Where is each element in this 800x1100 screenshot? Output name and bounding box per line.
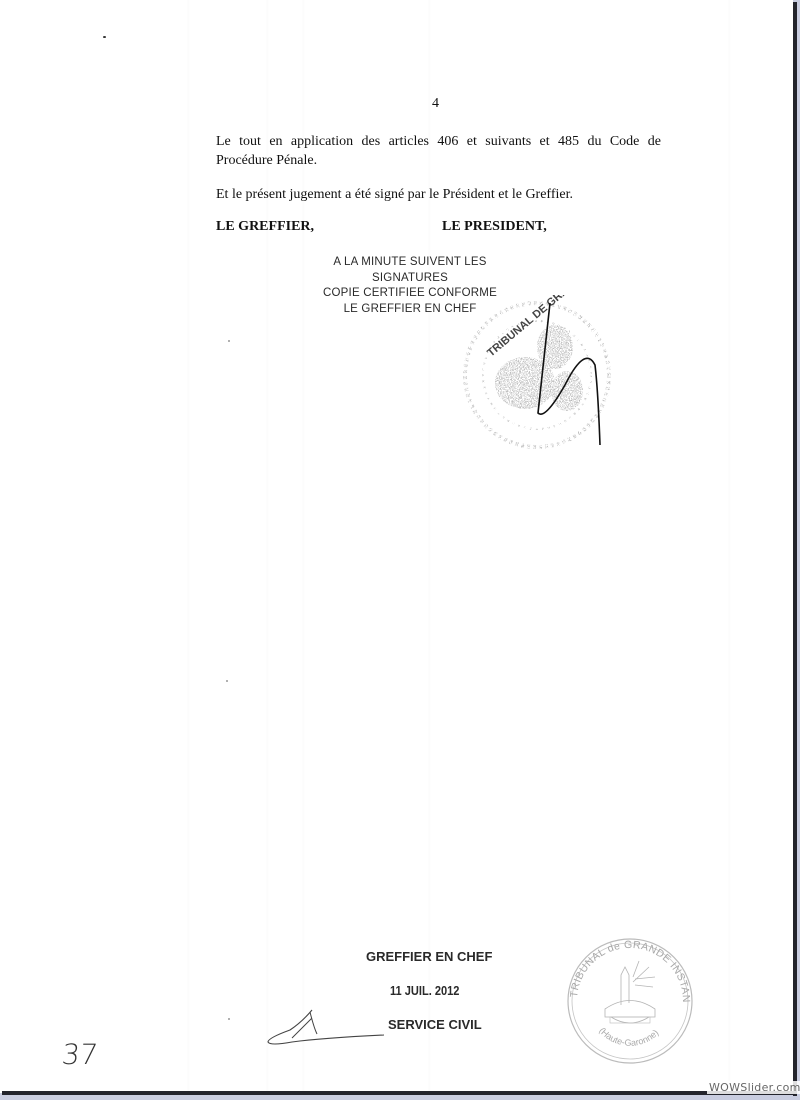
stamp-date: 11 JUIL. 2012 xyxy=(390,983,459,998)
paragraph-articles: Le tout en application des articles 406 … xyxy=(216,132,661,170)
stamp-line: SIGNATURES xyxy=(300,271,520,287)
paragraph-line: Procédure Pénale. xyxy=(216,153,317,168)
tribunal-toulouse-seal-icon: TRIBUNAL de GRANDE INSTANCE de TOULOUSE … xyxy=(563,937,697,1065)
seal-ring-text: TRIBUNAL de GRANDE INSTANCE de TOULOUSE xyxy=(563,937,692,1003)
page-shadow-right xyxy=(793,2,797,1096)
speck xyxy=(228,1018,230,1020)
speck xyxy=(228,340,230,342)
speck xyxy=(103,36,106,38)
court-seal-with-signature-icon: TRIBUNAL DE GRANDE INSTANCE xyxy=(455,295,625,455)
stamp-line: A LA MINUTE SUIVENT LES xyxy=(300,255,520,271)
service-civil-stamp: SERVICE CIVIL xyxy=(388,1017,482,1032)
greffier-en-chef-stamp: GREFFIER EN CHEF xyxy=(366,949,492,964)
paragraph-signature-statement: Et le présent jugement a été signé par l… xyxy=(216,185,661,204)
document-page: 4 Le tout en application des articles 40… xyxy=(0,0,793,1093)
paragraph-line: Le tout en application des articles 406 … xyxy=(216,132,661,151)
speck xyxy=(226,680,228,682)
page-shadow-bottom xyxy=(2,1091,797,1095)
page-number: 4 xyxy=(432,96,439,112)
seal-region-text: (Haute-Garonne) xyxy=(597,1026,660,1048)
svg-text:(Haute-Garonne): (Haute-Garonne) xyxy=(597,1026,660,1048)
watermark: WOWSlider.com xyxy=(707,1081,800,1094)
president-label: LE PRESIDENT, xyxy=(442,219,547,235)
svg-text:TRIBUNAL de GRANDE INSTANCE de: TRIBUNAL de GRANDE INSTANCE de TOULOUSE xyxy=(563,937,692,1003)
greffier-signature-icon xyxy=(262,1008,387,1048)
handwritten-page-number: 37 xyxy=(60,1038,99,1071)
greffier-label: LE GREFFIER, xyxy=(216,219,314,235)
